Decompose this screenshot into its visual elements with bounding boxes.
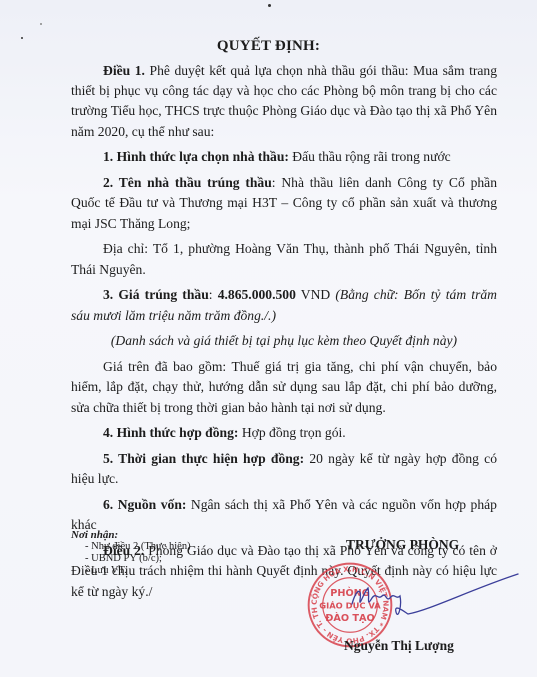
decision-heading: QUYẾT ĐỊNH: [0, 38, 537, 55]
recipient-item: UBND PY (b/c); [85, 553, 191, 565]
signer-name: Nguyễn Thị Lượng [344, 638, 454, 654]
article-1: Điều 1. Phê duyệt kết quả lựa chọn nhà t… [71, 61, 497, 142]
recipient-item: Lưu VT. [85, 565, 191, 577]
item-contract-type: 4. Hình thức hợp đồng: Hợp đồng trọn gói… [71, 423, 497, 443]
scan-speck [268, 4, 271, 7]
scan-speck [40, 23, 42, 25]
item-contract-duration: 5. Thời gian thực hiện hợp đồng: 20 ngày… [71, 449, 497, 489]
item-selection-method: 1. Hình thức lựa chọn nhà thầu: Đấu thầu… [71, 147, 497, 167]
recipient-item: Như điều 2 (Thực hiện) [85, 541, 191, 553]
price-amount: 4.865.000.500 [218, 287, 296, 302]
recipients-list: Như điều 2 (Thực hiện) UBND PY (b/c); Lư… [71, 541, 191, 577]
price-includes: Giá trên đã bao gồm: Thuế giá trị gia tă… [71, 357, 497, 418]
signature-icon [350, 570, 520, 630]
item-winning-price: 3. Giá trúng thầu: 4.865.000.500 VND (Bằ… [71, 285, 497, 325]
decision-body: Điều 1. Phê duyệt kết quả lựa chọn nhà t… [71, 61, 497, 607]
signer-title: TRƯỞNG PHÒNG [346, 537, 459, 553]
item-winning-bidder: 2. Tên nhà thầu trúng thầu: Nhà thầu liê… [71, 173, 497, 234]
document-page: QUYẾT ĐỊNH: Điều 1. Phê duyệt kết quả lự… [0, 0, 537, 677]
recipients-label: Nơi nhận: [71, 529, 191, 541]
bidder-address: Địa chỉ: Tổ 1, phường Hoàng Văn Thụ, thà… [71, 239, 497, 279]
appendix-note: (Danh sách và giá thiết bị tại phụ lục k… [71, 331, 497, 351]
recipients-block: Nơi nhận: Như điều 2 (Thực hiện) UBND PY… [71, 529, 191, 577]
